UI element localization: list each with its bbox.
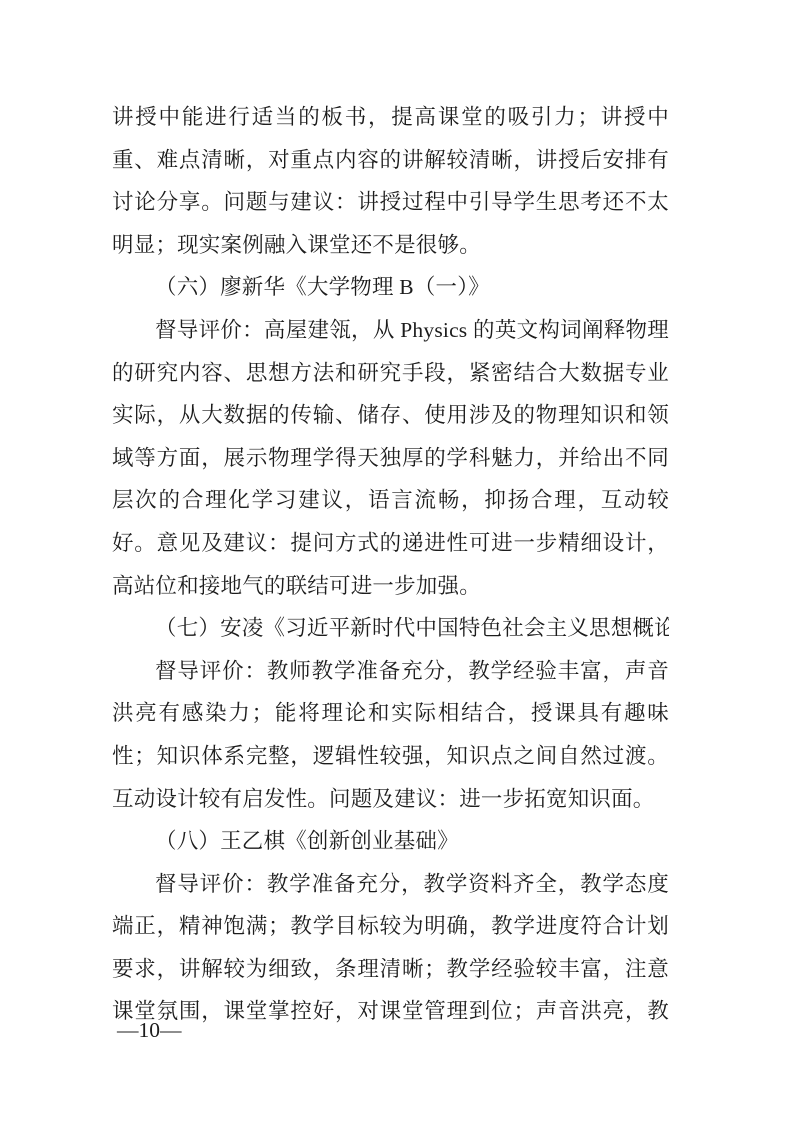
section-heading-seven: （七）安凌《习近平新时代中国特色社会主义思想概论》 [112, 607, 669, 650]
section-heading-eight: （八）王乙棋《创新创业基础》 [112, 820, 669, 863]
page-number: —10— [117, 1019, 182, 1043]
document-page: 讲授中能进行适当的板书，提高课堂的吸引力；讲授中重、难点清晰，对重点内容的讲解较… [0, 0, 793, 1122]
paragraph-continuation: 讲授中能进行适当的板书，提高课堂的吸引力；讲授中重、难点清晰，对重点内容的讲解较… [112, 96, 669, 266]
page-body-text: 讲授中能进行适当的板书，提高课堂的吸引力；讲授中重、难点清晰，对重点内容的讲解较… [112, 96, 669, 1036]
section-heading-six: （六）廖新华《大学物理 B（一）》 [112, 266, 669, 309]
paragraph-evaluation-eight: 督导评价：教学准备充分，教学资料齐全，教学态度端正，精神饱满；教学目标较为明确，… [112, 863, 669, 1036]
paragraph-evaluation-seven: 督导评价：教师教学准备充分，教学经验丰富，声音洪亮有感染力；能将理论和实际相结合… [112, 650, 669, 820]
paragraph-evaluation-six: 督导评价：高屋建瓴，从 Physics 的英文构词阐释物理的研究内容、思想方法和… [112, 309, 669, 607]
